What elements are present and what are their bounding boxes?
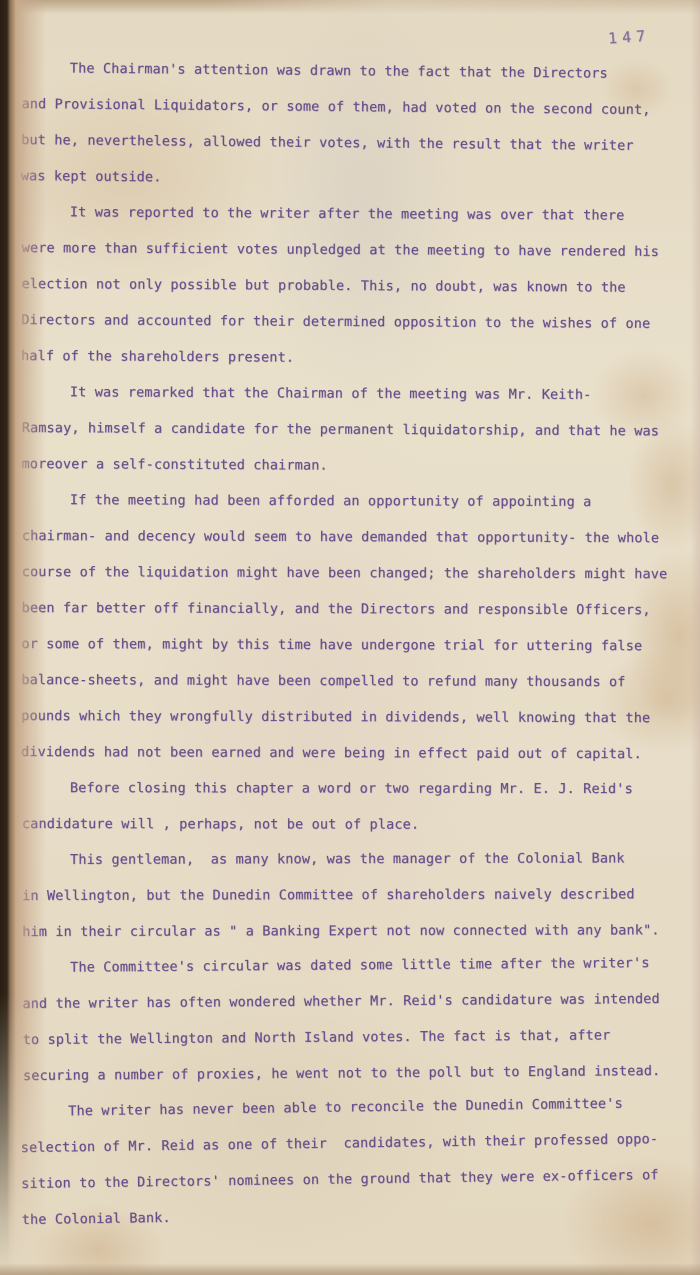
text-line: If the meeting had been afforded an oppo… [22, 482, 672, 520]
paragraph: The Chairman's attention was drawn to th… [21, 50, 672, 200]
text-line: and Provisional Liquidators, or some of … [21, 86, 671, 128]
text-line: The Committee's circular was dated some … [22, 945, 672, 986]
text-line: or some of them, might by this time have… [21, 626, 671, 664]
text-line: in Wellington, but the Dunedin Committee… [22, 876, 672, 914]
page-bottom-edge [0, 1263, 700, 1275]
text-line: course of the liquidation might have bee… [22, 554, 672, 592]
text-line: This gentleman, as many know, was the ma… [22, 840, 672, 878]
text-line: Directors and accounted for their determ… [21, 302, 671, 342]
text-line: moreover a self-constituted chairman. [21, 446, 671, 485]
text-line: dividends had not been earned and were b… [21, 734, 671, 772]
text-line: been far better off financially, and the… [21, 590, 671, 628]
page-top-edge [0, 0, 700, 14]
page-number: 147 [607, 27, 650, 48]
text-line: to split the Wellington and North Island… [23, 1017, 673, 1058]
text-line: pounds which they wrongfully distributed… [21, 698, 671, 736]
paragraph: This gentleman, as many know, was the ma… [22, 840, 672, 950]
text-line: Before closing this chapter a word or tw… [22, 770, 672, 807]
text-line: half of the shareholders present. [21, 338, 671, 378]
paragraph: If the meeting had been afforded an oppo… [21, 482, 672, 772]
text-line: balance-sheets, and might have been comp… [21, 662, 671, 700]
text-line: and the writer has often wondered whethe… [22, 981, 672, 1022]
paragraph: The writer has never been able to reconc… [20, 1085, 672, 1238]
document-text: The Chairman's attention was drawn to th… [22, 50, 672, 1238]
text-line: It was reported to the writer after the … [22, 194, 672, 234]
text-line: him in their circular as " a Banking Exp… [22, 912, 672, 950]
paragraph: Before closing this chapter a word or tw… [22, 770, 672, 843]
text-line: Ramsay, himself a candidate for the perm… [22, 410, 672, 449]
text-line: The Chairman's attention was drawn to th… [22, 50, 672, 92]
text-line: It was remarked that the Chairman of the… [22, 374, 672, 413]
text-line: but he, nevertheless, allowed their vote… [21, 122, 671, 164]
page-right-edge [690, 0, 700, 1275]
paragraph: It was remarked that the Chairman of the… [21, 374, 672, 485]
paragraph: It was reported to the writer after the … [21, 194, 672, 378]
text-line: the Colonial Bank. [21, 1193, 671, 1238]
text-line: election not only possible but probable.… [21, 266, 671, 306]
text-line: candidature will , perhaps, not be out o… [22, 806, 672, 843]
text-line: chairman- and decency would seem to have… [22, 518, 672, 556]
text-line: were more than sufficient votes unpledge… [22, 230, 672, 270]
document-page: 147 The Chairman's attention was drawn t… [0, 0, 700, 1275]
paragraph: The Committee's circular was dated some … [22, 945, 673, 1094]
